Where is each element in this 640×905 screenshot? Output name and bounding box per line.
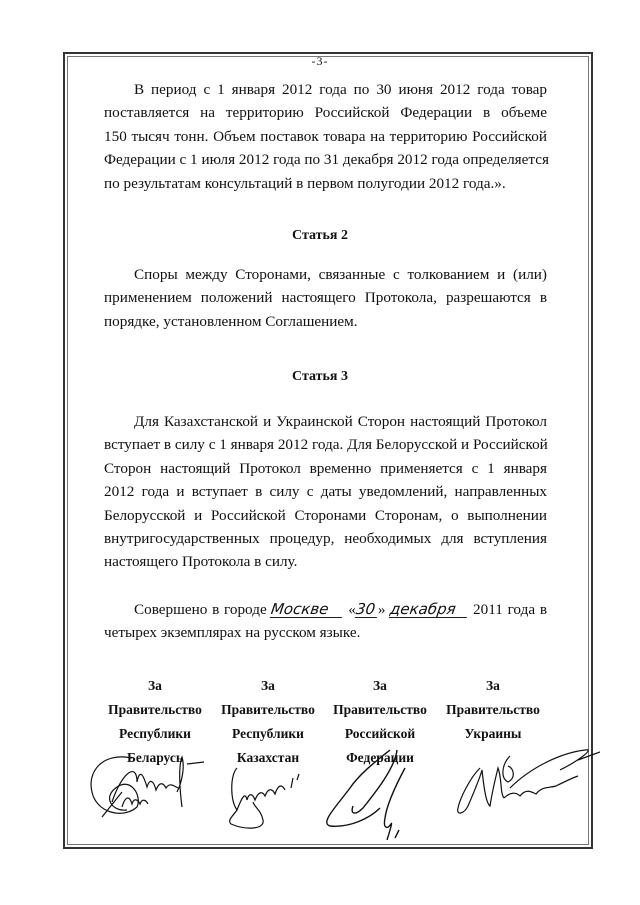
text-line: настоящего Протокола в силу. xyxy=(104,550,547,573)
quote-close: » xyxy=(378,601,386,618)
text-line: вступает в силу с 1 января 2012 года. Дл… xyxy=(104,433,547,456)
text-line: 2012 года и вступает в силу с даты уведо… xyxy=(104,480,547,503)
article-2-body: Споры между Сторонами, связанные с толко… xyxy=(104,263,547,333)
article-3-body: Для Казахстанской и Украинской Сторон на… xyxy=(104,410,547,574)
signatory-line: Правительство xyxy=(434,698,552,722)
text-line: порядке, установленном Соглашением. xyxy=(104,310,547,333)
signatory-line: За xyxy=(434,674,552,698)
handwritten-day: 30 xyxy=(355,601,379,618)
text-line: внутригосударственных процедур, необходи… xyxy=(104,527,547,550)
done-clause: Совершено в городе Москве «30» декабря 2… xyxy=(104,598,547,645)
handwritten-month: декабря xyxy=(389,601,469,618)
text-line: Белорусской и Российской Сторонами Сторо… xyxy=(104,504,547,527)
signatory-line: Республики xyxy=(209,722,327,746)
article-3-heading: Статья 3 xyxy=(0,369,640,385)
signature-belarus-icon xyxy=(82,752,212,822)
text-line: В период с 1 января 2012 года по 30 июня… xyxy=(104,78,547,101)
text-line: по результатам консультаций в первом пол… xyxy=(104,172,547,195)
signatory-line: Правительство xyxy=(321,698,439,722)
paragraph-supply-volume: В период с 1 января 2012 года по 30 июня… xyxy=(104,78,547,195)
done-clause-line-1: Совершено в городе Москве «30» декабря 2… xyxy=(104,598,547,621)
text-line: Федерации с 1 июля 2012 года по 31 декаб… xyxy=(104,148,547,171)
article-2-heading: Статья 2 xyxy=(0,228,640,244)
text-line: Для Казахстанской и Украинской Сторон на… xyxy=(104,410,547,433)
signature-ukraine-icon xyxy=(440,748,600,828)
page-number: -3- xyxy=(0,54,640,69)
done-suffix: 2011 года в xyxy=(473,601,547,618)
text-line: применением положений настоящего Протоко… xyxy=(104,286,547,309)
signatory-line: За xyxy=(209,674,327,698)
text-line: Споры между Сторонами, связанные с толко… xyxy=(104,263,547,286)
text-line: поставляется на территорию Российской Фе… xyxy=(104,101,547,124)
signatory-line: За xyxy=(96,674,214,698)
done-prefix: Совершено в городе xyxy=(134,601,267,618)
signatory-line: Республики xyxy=(96,722,214,746)
signatory-line: Правительство xyxy=(209,698,327,722)
done-clause-line-2: четырех экземплярах на русском языке. xyxy=(104,621,547,644)
signatory-line: Украины xyxy=(434,722,552,746)
signatory-line: Правительство xyxy=(96,698,214,722)
signature-russia-icon xyxy=(305,748,425,840)
signatory-ukraine: За Правительство Украины xyxy=(434,674,552,746)
signatory-line: За xyxy=(321,674,439,698)
text-line: Сторон настоящий Протокол временно приме… xyxy=(104,457,547,480)
signatory-line: Российской xyxy=(321,722,439,746)
handwritten-city: Москве xyxy=(270,601,344,618)
text-line: 150 тысяч тонн. Объем поставок товара на… xyxy=(104,125,547,148)
